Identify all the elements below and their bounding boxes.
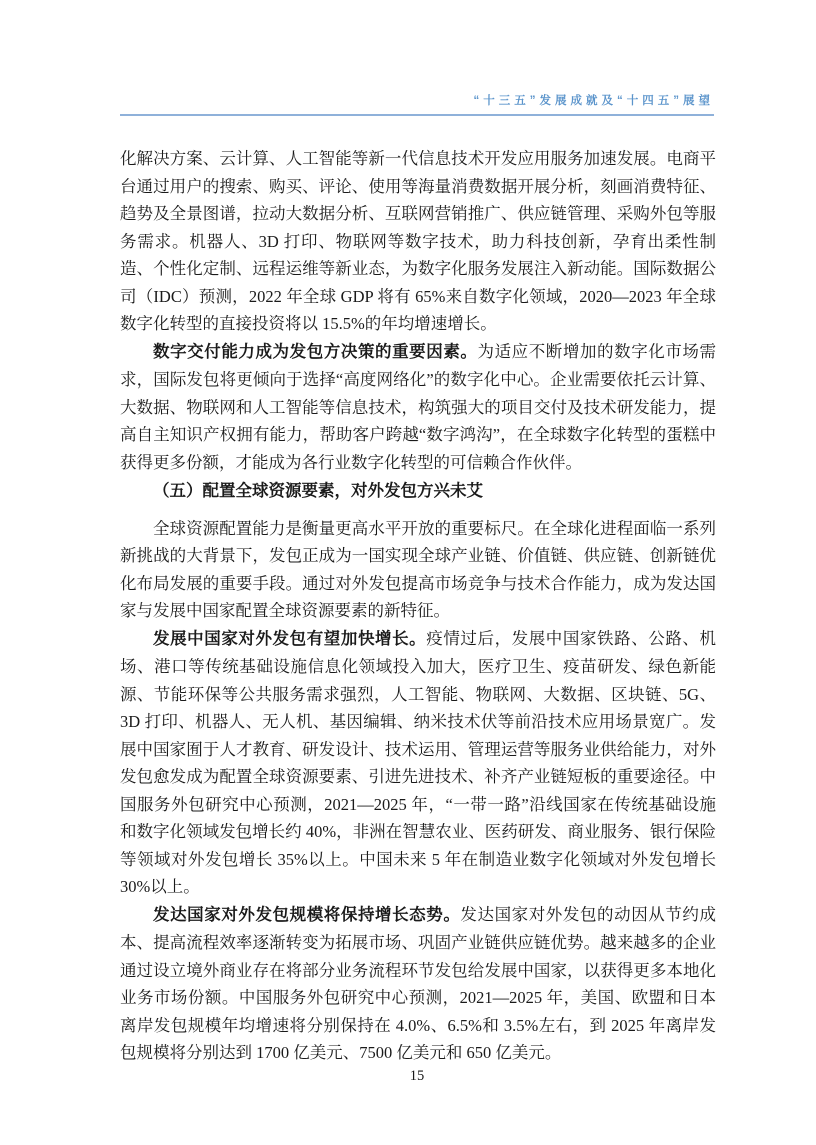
paragraph: 发展中国家对外发包有望加快增长。疫情过后，发展中国家铁路、公路、机场、港口等传统…: [120, 625, 716, 901]
page-number: 15: [120, 1068, 714, 1085]
paragraph-lead: 发达国家对外发包规模将保持增长态势。: [153, 906, 460, 924]
document-body: 化解决方案、云计算、人工智能等新一代信息技术开发应用服务加速发展。电商平台通过用…: [120, 145, 716, 1067]
paragraph: 化解决方案、云计算、人工智能等新一代信息技术开发应用服务加速发展。电商平台通过用…: [120, 145, 716, 338]
section-heading: （五）配置全球资源要素，对外发包方兴未艾: [120, 478, 716, 506]
paragraph: 全球资源配置能力是衡量更高水平开放的重要标尺。在全球化进程面临一系列新挑战的大背…: [120, 515, 716, 625]
paragraph: 数字交付能力成为发包方决策的重要因素。为适应不断增加的数字化市场需求，国际发包将…: [120, 338, 716, 477]
header-running-title: “十三五”发展成就及“十四五”展望: [120, 92, 714, 108]
document-page: “十三五”发展成就及“十四五”展望 化解决方案、云计算、人工智能等新一代信息技术…: [0, 0, 816, 1145]
header-rule: [120, 114, 714, 116]
paragraph-text: 化解决方案、云计算、人工智能等新一代信息技术开发应用服务加速发展。电商平台通过用…: [120, 149, 716, 333]
paragraph-text: 疫情过后，发展中国家铁路、公路、机场、港口等传统基础设施信息化领域投入加大，医疗…: [120, 629, 716, 897]
paragraph: 发达国家对外发包规模将保持增长态势。发达国家对外发包的动因从节约成本、提高流程效…: [120, 901, 716, 1067]
paragraph-text: 为适应不断增加的数字化市场需求，国际发包将更倾向于选择“高度网络化”的数字化中心…: [120, 342, 716, 472]
paragraph-lead: 数字交付能力成为发包方决策的重要因素。: [153, 343, 477, 361]
paragraph-lead: 发展中国家对外发包有望加快增长。: [153, 630, 426, 648]
paragraph-text: 发达国家对外发包的动因从节约成本、提高流程效率逐渐转变为拓展市场、巩固产业链供应…: [120, 905, 716, 1063]
paragraph-text: 全球资源配置能力是衡量更高水平开放的重要标尺。在全球化进程面临一系列新挑战的大背…: [120, 519, 716, 621]
